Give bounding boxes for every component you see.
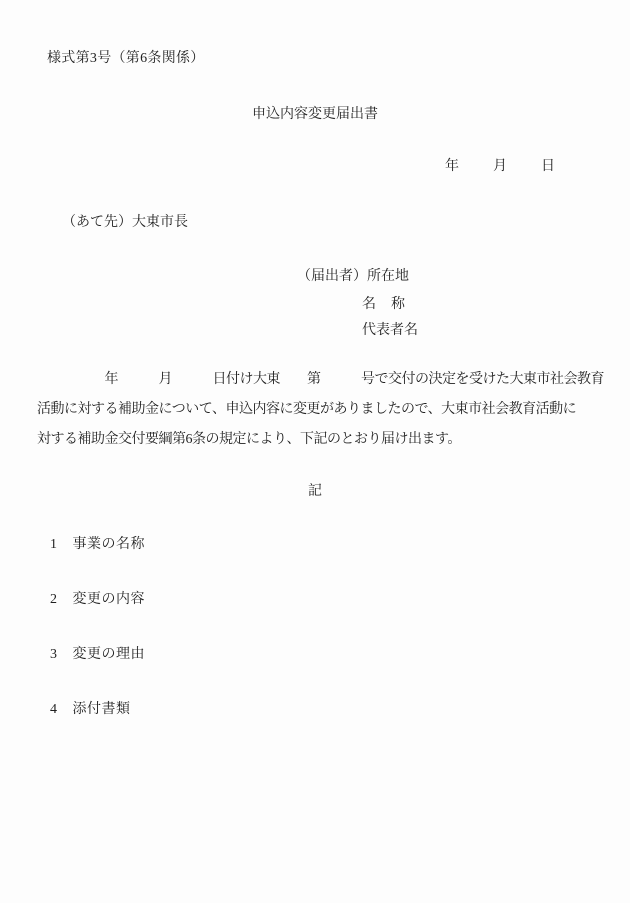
item-number: 1 [50, 535, 57, 555]
addressee-line: （あて先）大東市長 [62, 213, 188, 233]
item-label: 事業の名称 [73, 535, 146, 555]
body-line-2: 活動に対する補助金について、申込内容に変更がありましたので、大東市社会教育活動に [37, 395, 612, 425]
list-item-change-details: 2 変更の内容 [50, 590, 145, 610]
item-number: 4 [50, 700, 57, 720]
item-label: 変更の内容 [73, 590, 146, 610]
date-blank-line: 年 月 日 [445, 157, 557, 177]
record-marker: 記 [0, 482, 630, 502]
body-line-1: 年 月 日付け大東 第 号で交付の決定を受けた大東市社会教育 [37, 365, 612, 395]
form-number: 様式第3号（第6条関係） [47, 49, 205, 69]
body-paragraph: 年 月 日付け大東 第 号で交付の決定を受けた大東市社会教育 活動に対する補助金… [37, 365, 612, 455]
item-label: 添付書類 [73, 700, 131, 720]
declarant-representative-label: 代表者名 [362, 321, 418, 341]
item-label: 変更の理由 [73, 645, 146, 665]
item-number: 2 [50, 590, 57, 610]
declarant-name-label: 名 称 [362, 295, 406, 315]
document-title: 申込内容変更届出書 [0, 105, 630, 125]
declarant-address-line: （届出者）所在地 [297, 267, 409, 287]
document-page: 様式第3号（第6条関係） 申込内容変更届出書 年 月 日 （あて先）大東市長 （… [0, 0, 630, 903]
list-item-project-name: 1 事業の名称 [50, 535, 145, 555]
list-item-change-reason: 3 変更の理由 [50, 645, 145, 665]
item-number: 3 [50, 645, 57, 665]
body-line-3: 対する補助金交付要綱第6条の規定により、下記のとおり届け出ます。 [37, 425, 612, 455]
list-item-attached-documents: 4 添付書類 [50, 700, 131, 720]
